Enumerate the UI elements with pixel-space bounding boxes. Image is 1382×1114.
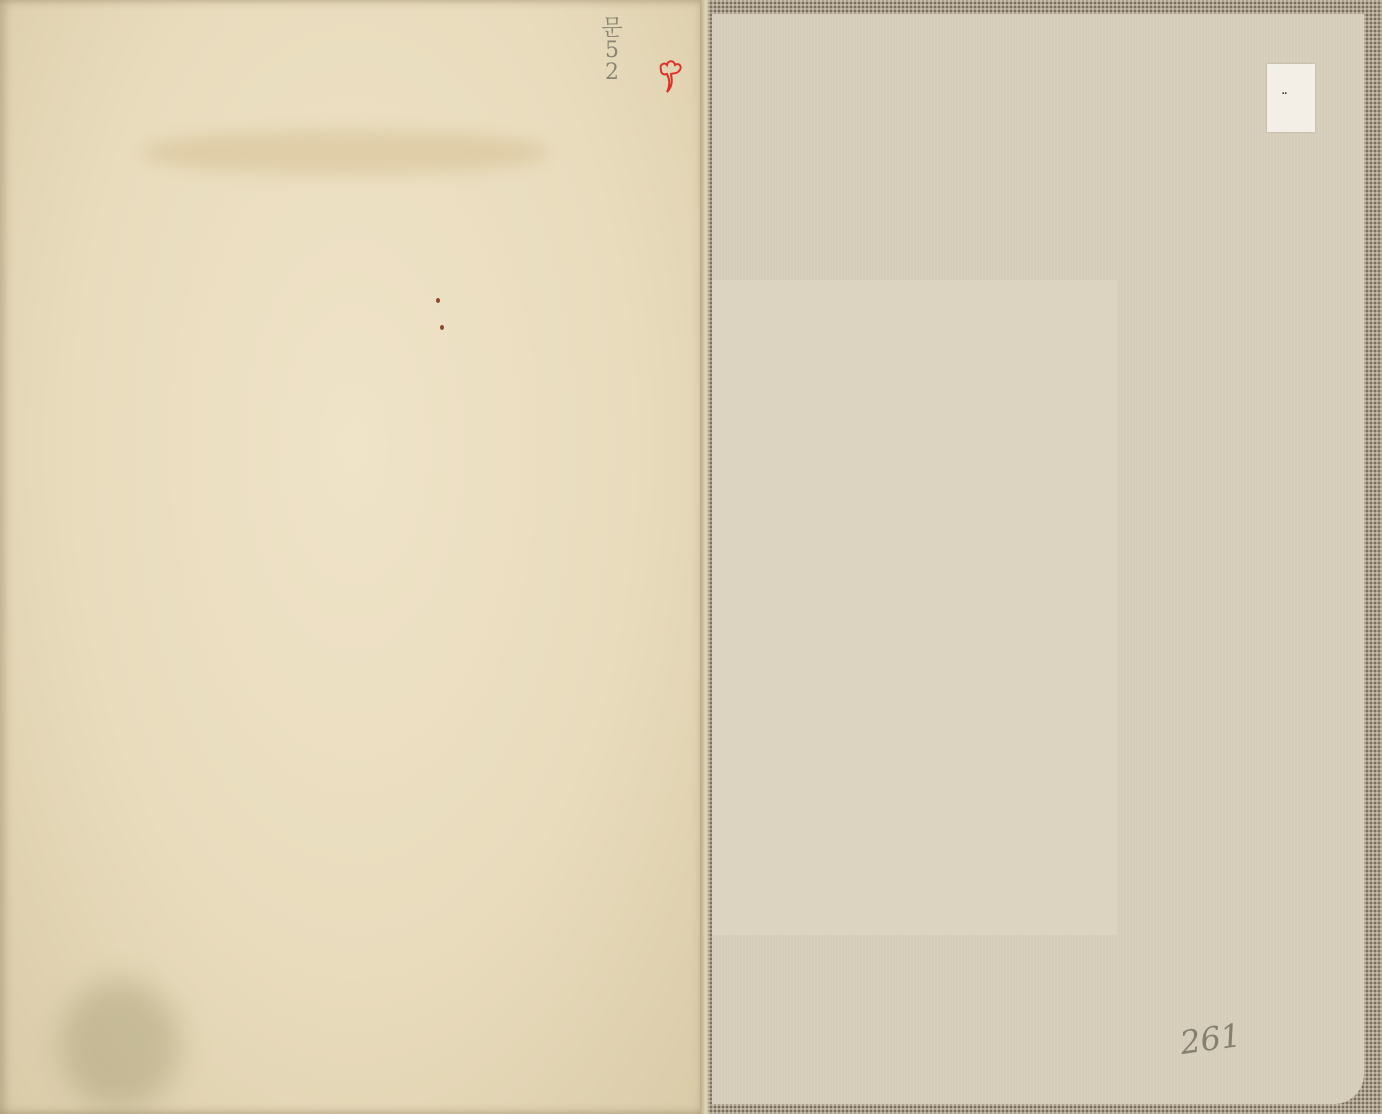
dirt-stain xyxy=(60,980,180,1110)
library-label: ·· xyxy=(1267,64,1315,132)
water-stain xyxy=(140,130,550,175)
pencil-annotation: 문 5 2 xyxy=(592,18,632,84)
foxing-spot xyxy=(440,325,444,330)
left-page: 문 5 2 xyxy=(0,0,708,1114)
foxing-spot xyxy=(436,298,440,303)
label-text: ·· xyxy=(1281,86,1286,102)
paper-overlay xyxy=(712,280,1117,935)
red-stamp-icon xyxy=(655,58,685,98)
